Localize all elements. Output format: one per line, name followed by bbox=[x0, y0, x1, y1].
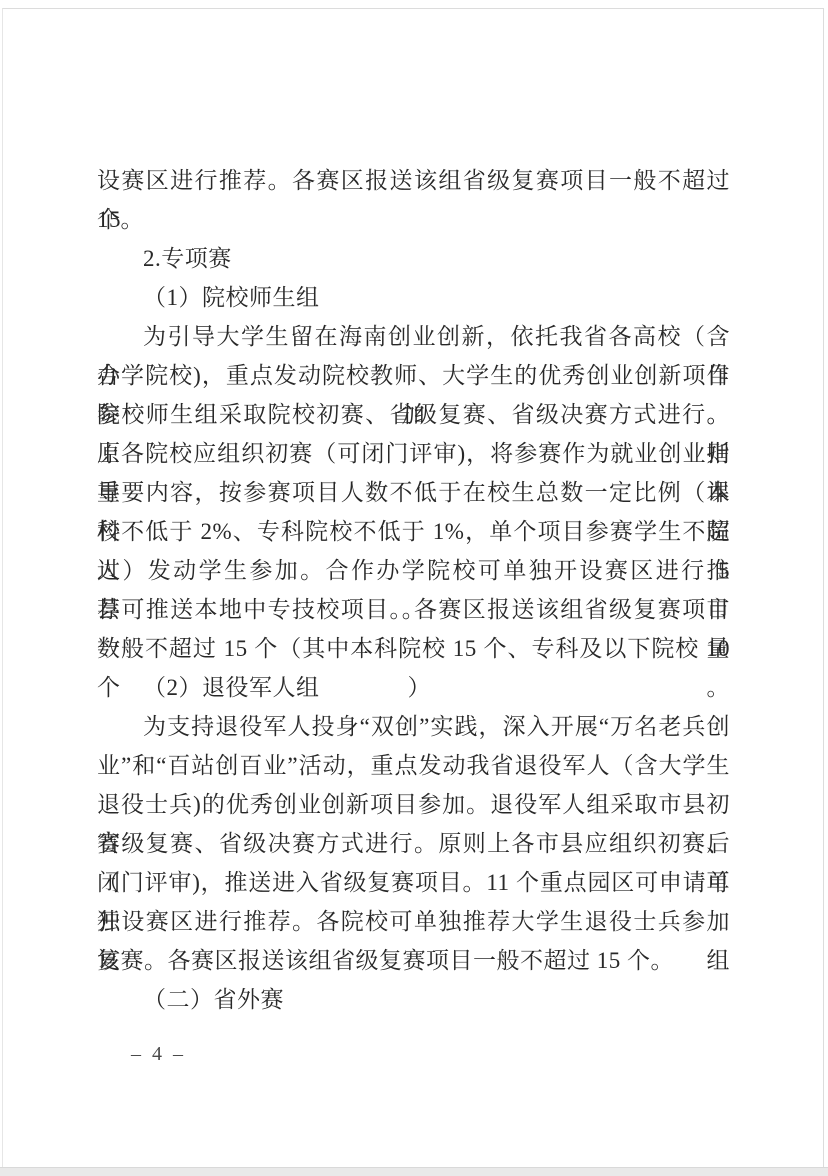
doc-line-7: 上各院校应组织初赛（可闭门评审)，将参赛作为就业创业指导课 bbox=[97, 434, 730, 473]
document-text-block: 设赛区进行推荐。各赛区报送该组省级复赛项目一般不超过 15 个。 2.专项赛 （… bbox=[97, 161, 730, 1019]
doc-line-9: 校不低于 2%、专科院校不低于 1%，单个项目参赛学生不超过 5 bbox=[97, 512, 730, 551]
doc-line-5: 办学院校)，重点发动院校教师、大学生的优秀创业创新项目参加。 bbox=[97, 356, 730, 395]
doc-line-19: 开设赛区进行推荐。各院校可单独推荐大学生退役士兵参加该组 bbox=[97, 902, 730, 941]
doc-heading-school-group: （1）院校师生组 bbox=[97, 278, 730, 317]
doc-line-15: 业”和“百站创百业”活动，重点发动我省退役军人（含大学生 bbox=[97, 746, 730, 785]
doc-line-18: 闭门评审)，推送进入省级复赛项目。11 个重点园区可申请单独 bbox=[97, 863, 730, 902]
doc-line-12: 一般不超过 15 个（其中本科院校 15 个、专科及以下院校 10 个）。 bbox=[97, 629, 730, 668]
doc-line-11: 县可推送本地中专技校项目。各赛区报送该组省级复赛项目数量 bbox=[97, 590, 730, 629]
doc-line-14: 为支持退役军人投身“双创”实践，深入开展“万名老兵创 bbox=[97, 707, 730, 746]
doc-line-8: 重要内容，按参赛项目人数不低于在校生总数一定比例（本科院 bbox=[97, 473, 730, 512]
doc-line-0: 设赛区进行推荐。各赛区报送该组省级复赛项目一般不超过 15 bbox=[97, 161, 730, 200]
doc-line-16: 退役士兵)的优秀创业创新项目参加。退役军人组采取市县初赛、 bbox=[97, 785, 730, 824]
doc-heading-special-contest: 2.专项赛 bbox=[97, 239, 730, 278]
doc-heading-out-of-province: （二）省外赛 bbox=[97, 980, 730, 1019]
doc-line-4: 为引导大学生留在海南创业创新，依托我省各高校（含合作 bbox=[97, 317, 730, 356]
doc-line-6: 院校师生组采取院校初赛、省级复赛、省级决赛方式进行。原则 bbox=[97, 395, 730, 434]
doc-line-17: 省级复赛、省级决赛方式进行。原则上各市县应组织初赛后（可 bbox=[97, 824, 730, 863]
page-number: – 4 – bbox=[131, 1042, 186, 1066]
doc-line-10: 人）发动学生参加。合作办学院校可单独开设赛区进行推荐。市 bbox=[97, 551, 730, 590]
doc-line-20: 复赛。各赛区报送该组省级复赛项目一般不超过 15 个。 bbox=[97, 941, 730, 980]
page-gap-divider bbox=[0, 1167, 828, 1176]
doc-line-1: 个。 bbox=[97, 200, 730, 239]
document-page: 设赛区进行推荐。各赛区报送该组省级复赛项目一般不超过 15 个。 2.专项赛 （… bbox=[2, 8, 824, 1167]
